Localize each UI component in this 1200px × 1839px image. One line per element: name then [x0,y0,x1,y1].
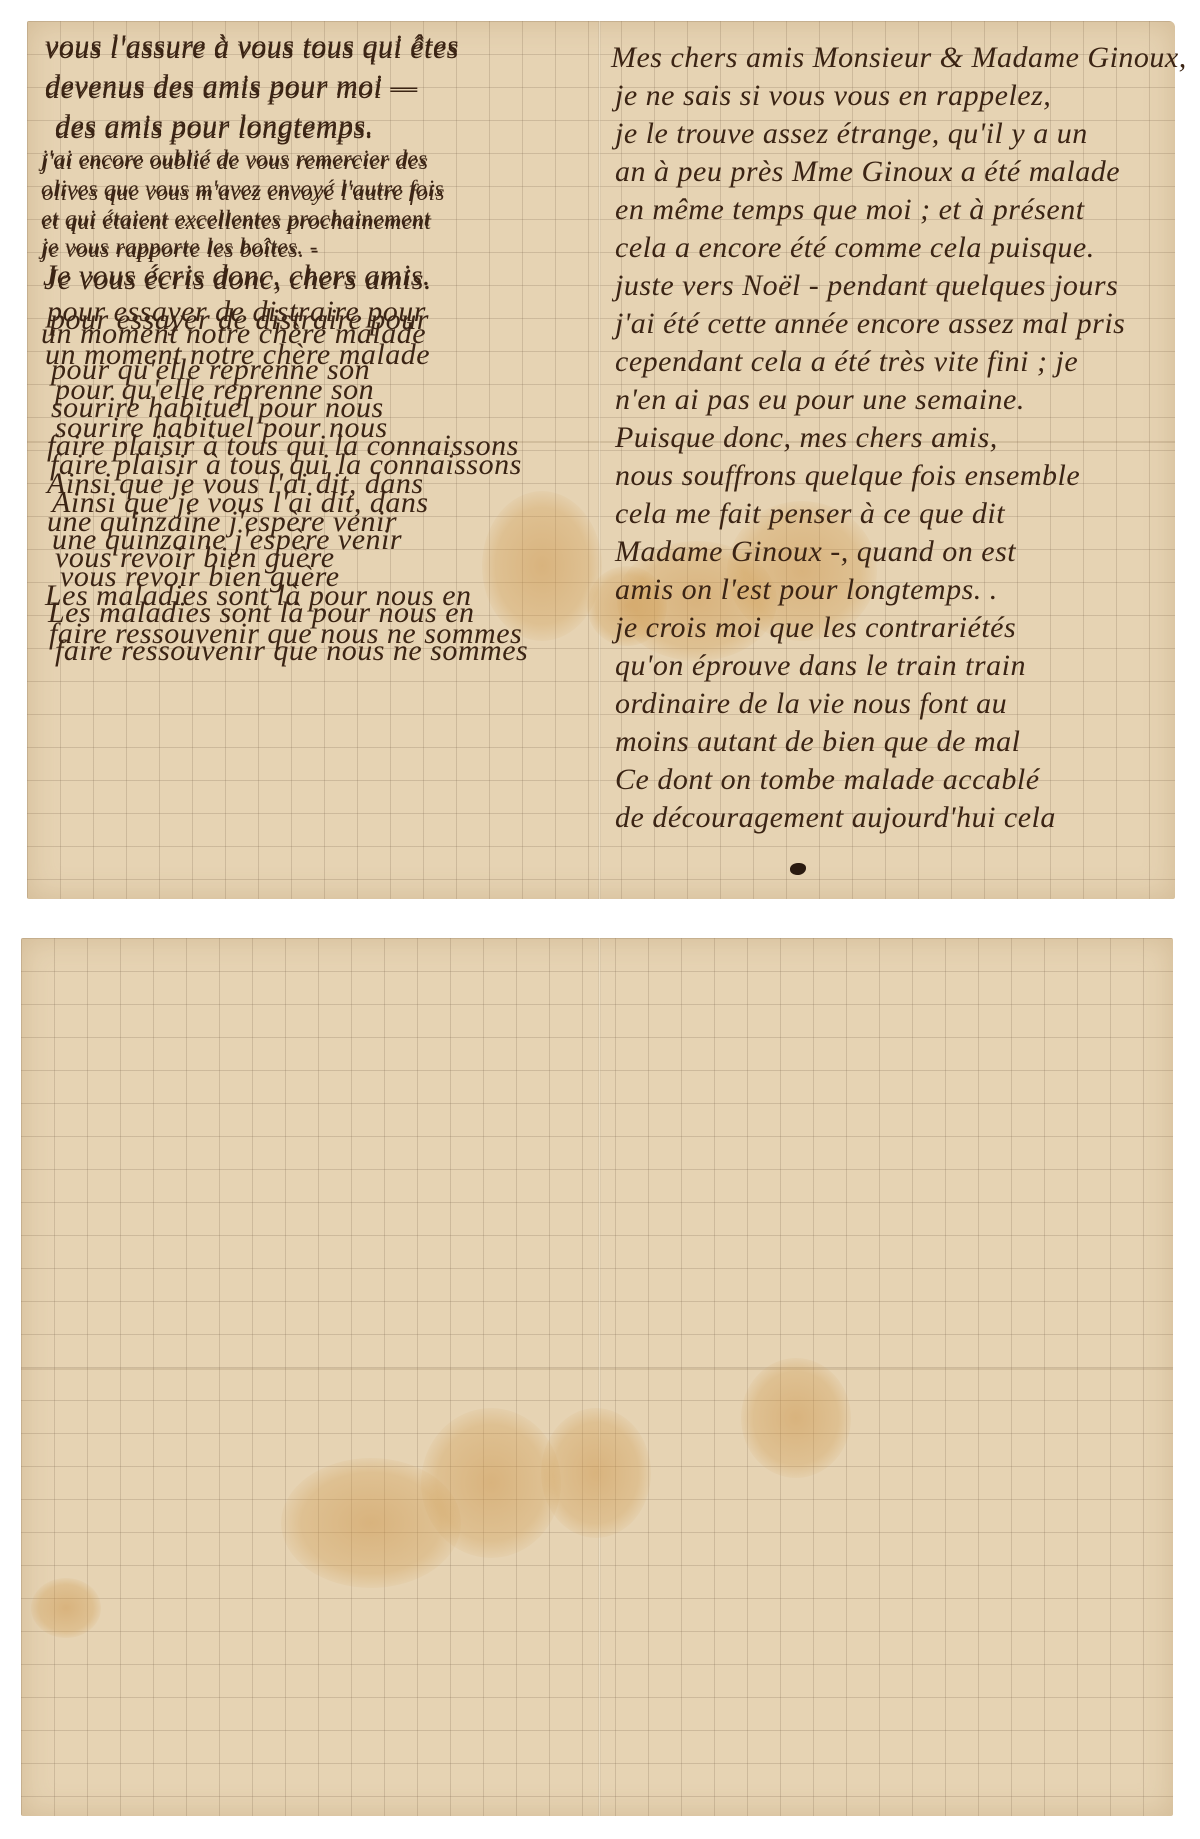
text-line: sourire habituel pour nous [55,413,388,443]
text-line: pour essayer de distraire pour [50,305,429,335]
text-line: je le trouve assez étrange, qu'il y a un [615,119,1088,149]
text-line: nous souffrons quelque fois ensemble [615,461,1080,491]
text-line: faire ressouvenir que nous ne sommes [55,636,528,666]
text-line: an à peu près Mme Ginoux a été malade [615,157,1120,187]
text-line: faire plaisir à tous qui la connaissons [50,450,522,480]
text-line: juste vers Noël - pendant quelques jours [615,271,1118,301]
text-line: un moment notre chère malade [45,340,430,370]
text-line: Mes chers amis Monsieur & Madame Ginoux, [611,43,1187,73]
text-line: Madame Ginoux -, quand on est [615,537,1016,567]
text-line: devenus des amis pour moi — [45,74,418,104]
text-line: amis on l'est pour longtemps. . [615,575,998,605]
text-line: je crois moi que les contrariétés [615,613,1016,643]
text-line: j'ai été cette année encore assez mal pr… [615,309,1125,339]
page-top-right: Mes chers amis Monsieur & Madame Ginoux,… [601,21,1172,899]
text-line: de découragement aujourd'hui cela [615,803,1056,833]
text-line: cependant cela a été très vite fini ; je [615,347,1078,377]
text-line: vous l'assure à vous tous qui êtes [45,34,459,64]
text-line: en même temps que moi ; et à présent [615,195,1085,225]
page-bottom-left [21,938,592,1816]
text-line: je ne sais si vous vous en rappelez, [615,81,1051,111]
text-line: n'en ai pas eu pour une semaine. [615,385,1025,415]
text-line: et qui étaient excellentes prochainement [42,210,432,233]
text-line: une quinzaine j'espère venir [52,525,402,555]
text-line: pour qu'elle reprenne son [55,375,374,405]
text-line: Les maladies sont là pour nous en [48,598,475,628]
text-line: qu'on éprouve dans le train train [615,651,1026,681]
text-line: vous revoir bien guère [60,562,340,592]
text-line: des amis pour longtemps. [55,114,374,144]
page-bottom-right [601,938,1172,1816]
text-line: cela a encore été comme cela puisque. [615,233,1095,263]
text-line: Puisque donc, mes chers amis, [615,423,998,453]
text-line: ordinaire de la vie nous font au [615,689,1007,719]
text-line: Ainsi que je vous l'ai dit, dans [52,488,429,518]
text-line: Je vous écris donc, chers amis. [44,265,432,295]
text-line: j'ai encore oublié de vous remercier des [42,150,428,173]
text-line: olives que vous m'avez envoyé l'autre fo… [42,181,445,204]
text-line: je vous rapporte les boîtes. - [42,238,319,261]
text-line: Ce dont on tombe malade accablé [615,765,1040,795]
letter-sheet-bottom [21,938,1173,1816]
text-line: moins autant de bien que de mal [615,727,1020,757]
text-line: cela me fait penser à ce que dit [615,499,1005,529]
